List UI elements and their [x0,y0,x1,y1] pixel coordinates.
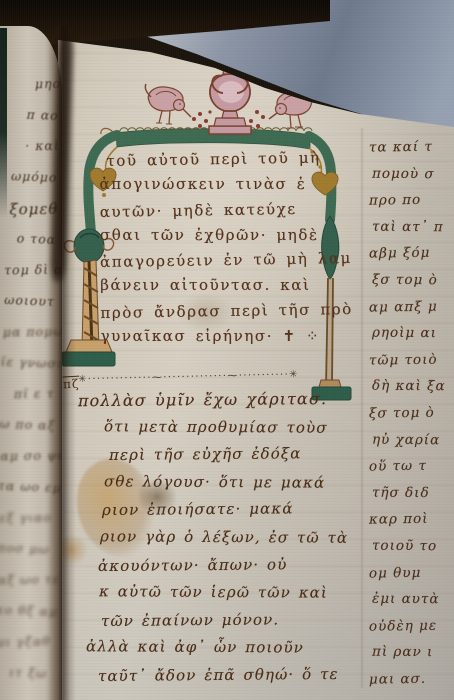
main-text-line: ταῦτ᾽ ἄδον ἐπᾶ σθηώ· ὅ τε [78,661,358,691]
facing-page-text-line: ϊε γνωσι [0,354,62,387]
facing-page-text-line: τα ωο εμ [0,478,60,511]
column-text-line: ξσ τομ ὸ [372,267,454,294]
facing-page-text-line: ιτ ξω [0,664,56,697]
main-text-line: περὶ τῆσ εὐχῆσ ἐδόξα [78,440,358,470]
main-text-line: ὅτι μετὰ προθυμίασ τοὺσ [78,413,358,442]
column-text-line: πὶ ραν ι [372,639,454,666]
column-text-line: δὴ καὶ ξα [372,373,454,400]
column-text-line: μαι ασ. [369,665,454,693]
main-text-line: ριον ἐποιήσατε· μακά [78,495,358,525]
title-line: πρὸσ ἄνδρασ περὶ τῆσ πρὸ [100,297,350,326]
title-block: τοῦ αὐτοῦ περὶ τοῦ μὴ ἀπογινώσκειν τινὰσ… [99,146,350,350]
facing-page-text-line: π αο [5,106,62,139]
facing-page-text-line: αμ σο ψα [0,448,62,480]
manuscript-photo: τοῦ αὐτοῦ περὶ τοῦ μὴ ἀπογινώσκειν τινὰσ… [0,0,454,700]
main-text-line: τῶν ἐπαίνων μόνον. [78,606,358,636]
facing-page-text-line: ποσ μω [0,540,59,573]
column-text-line: αμ απξ μ [369,293,454,321]
main-text-line: σθε λόγουσ· ὅτι με μακά [78,468,358,497]
column-text-line: οὕ τω τ [369,452,454,480]
facing-page: μηο π αο · καὶ ωμόμο ξομεθ ο τοα τομ δὶ … [0,26,62,700]
column-text-line: ρηοὶμ αι [372,320,454,347]
facing-page-text-line: κο θξ αμ [0,602,58,635]
column-text-line: τῶμ τοιὸ [369,346,454,374]
facing-page-text-line: μηο [8,76,62,108]
facing-page-text-line: αξ ωο τε [0,571,60,603]
title-line: αυτῶν· μηδὲ κατεύχε [100,196,350,225]
title-line: τοῦ αὐτοῦ περὶ τοῦ μὴ [99,145,349,174]
column-text-line: ηὐ χαρία [372,426,454,453]
column-text-line: τα καί τ [369,133,454,161]
column-text-line: πομοὺ σ [372,160,454,187]
main-text-line: ἀλλὰ καὶ ἀφ᾽ ὧν ποιοῦν [78,633,358,662]
column-text-line: καρ ποὶ [369,506,454,534]
column-text-line: αβμ ξόμ [369,240,454,268]
main-text-line: ριον γὰρ ὁ λέξων, ἐσ τῶ τὰ [78,523,358,552]
facing-page-text-line: · καὶ [7,138,62,170]
column-text-line: ομ θυμ [369,559,454,587]
column-text-line: τῆσ διδ [372,479,454,506]
title-line: βάνειν αἰτοῦντασ. καὶ [100,273,350,298]
main-text-line: ἀκουόντων· ἄπων· οὐ [78,550,358,580]
second-column-text: τα καί τ πομοὺ σ προ πο ταὶ ατ᾽ π αβμ ξό… [369,134,454,692]
main-text-line: πολλὰσ ὑμῖν ἔχω χάριτασ. [78,385,358,415]
binding-edge [0,28,7,218]
facing-page-text-line: πϊ ε τ [1,386,62,418]
title-line: ἀπογινώσκειν τινὰσ ἑ [100,172,350,197]
facing-page-text-line: εξ γιαο [0,510,61,542]
column-text-line: ἐμι αυτὰ [372,586,454,613]
main-text-line: κ αὐτῶ τῶν ἱερῶ τῶν καὶ [78,578,358,607]
column-text-line: ξσ τομ ὸ [369,399,454,427]
facing-page-text-line: ω πο αξ [0,416,62,449]
left-bird [145,84,191,124]
main-text-block: πολλὰσ ὑμῖν ἔχω χάριτασ. ὅτι μετὰ προθυμ… [78,386,358,690]
title-line: σθαι τῶν ἐχθρῶν· μηδὲ [100,223,350,248]
column-text-line: τοιοῦ το [372,533,454,560]
facing-page-text: μηο π αο · καὶ ωμόμο ξομεθ ο τοα τομ δὶ … [0,75,62,696]
facing-page-text-line: ωοιουτ [1,292,62,325]
facing-page-text-line: μα πομω [3,324,62,356]
facing-page-text-line: μι γξαθ [0,633,59,665]
column-text-line: οὐδὲη με [369,612,454,640]
column-text-line: προ πο [369,187,454,215]
column-text-line: ταὶ ατ᾽ π [372,213,454,240]
title-line: ἀπαγορεύειν ἐν τῶ μὴ λαμ [100,246,350,275]
title-line: γυναῖκασ εἰρήνησ· ✝ ⁘ [101,324,351,349]
